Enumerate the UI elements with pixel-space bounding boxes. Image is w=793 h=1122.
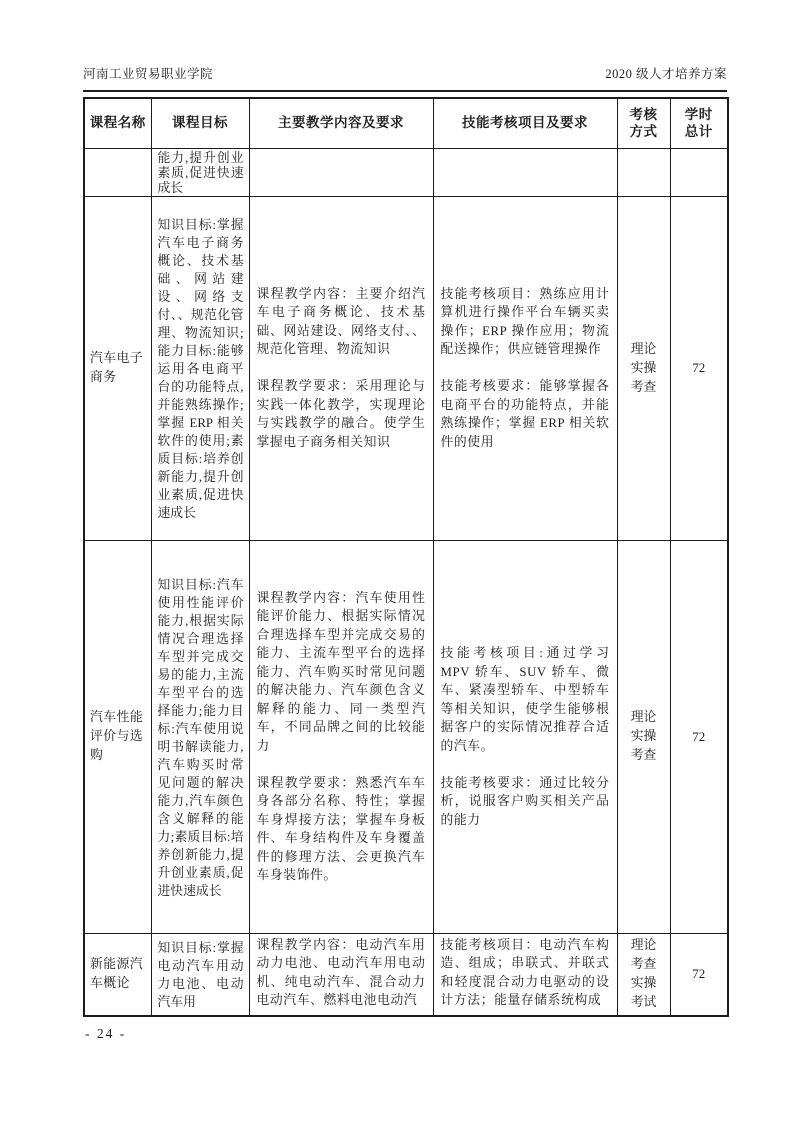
course-objective-cell: 知识目标:掌握电动汽车用动力电池、电动汽车用	[151, 933, 249, 1016]
column-header-assessment: 技能考核项目及要求	[433, 98, 617, 148]
assessment-method-cell	[617, 148, 670, 196]
header-divider-rule	[83, 90, 727, 92]
column-header-hours: 学时 总计	[670, 98, 728, 148]
table-row-auto-ecommerce: 汽车电子商务 知识目标:掌握汽车电子商务概论、技术基础、网站建设、网络支付、、规…	[84, 196, 728, 540]
course-objective-cell: 知识目标:汽车使用性能评价能力,根据实际情况合理选择车型并完成交易的能力,主流车…	[151, 540, 249, 933]
header-school-name: 河南工业贸易职业学院	[83, 64, 213, 82]
course-name-cell	[84, 148, 151, 196]
total-hours-cell: 72	[670, 933, 728, 1016]
assessment-method-cell: 理论 考查 实操 考试	[617, 933, 670, 1016]
total-hours-cell: 72	[670, 196, 728, 540]
table-row-continuation: 能力,提升创业素质,促进快速成长	[84, 148, 728, 196]
column-header-method: 考核 方式	[617, 98, 670, 148]
column-header-course: 课程名称	[84, 98, 151, 148]
table-row-new-energy: 新能源汽车概论 知识目标:掌握电动汽车用动力电池、电动汽车用 课程教学内容：电动…	[84, 933, 728, 1016]
skill-assessment-cell: 技能考核项目：电动汽车构造、组成；串联式、并联式和轻度混合动力电驱动的设计方法；…	[433, 933, 617, 1016]
table-row-auto-performance: 汽车性能评价与选购 知识目标:汽车使用性能评价能力,根据实际情况合理选择车型并完…	[84, 540, 728, 933]
column-header-content: 主要教学内容及要求	[249, 98, 433, 148]
course-objective-cell: 知识目标:掌握汽车电子商务概论、技术基础、网站建设、网络支付、、规范化管理、物流…	[151, 196, 249, 540]
page-header: 河南工业贸易职业学院 2020 级人才培养方案	[83, 64, 727, 82]
assessment-method-cell: 理论 实操 考查	[617, 540, 670, 933]
course-objective-cell: 能力,提升创业素质,促进快速成长	[151, 148, 249, 196]
document-page: 河南工业贸易职业学院 2020 级人才培养方案 课程名称 课程目标 主要教学内容…	[0, 0, 793, 1122]
teaching-content-cell: 课程教学内容：电动汽车用动力电池、电动汽车用电动机、纯电动汽车、混合动力电动汽车…	[249, 933, 433, 1016]
total-hours-cell: 72	[670, 540, 728, 933]
column-header-objective: 课程目标	[151, 98, 249, 148]
table-header-row: 课程名称 课程目标 主要教学内容及要求 技能考核项目及要求 考核 方式 学时 总…	[84, 98, 728, 148]
header-program-title: 2020 级人才培养方案	[605, 64, 727, 82]
page-number: - 24 -	[85, 1026, 126, 1042]
teaching-content-cell: 课程教学内容：汽车使用性能评价能力、根据实际情况合理选择车型并完成交易的能力、主…	[249, 540, 433, 933]
course-name-cell: 汽车性能评价与选购	[84, 540, 151, 933]
assessment-method-cell: 理论 实操 考查	[617, 196, 670, 540]
total-hours-cell	[670, 148, 728, 196]
skill-assessment-cell: 技能考核项目:通过学习 MPV 轿车、SUV 轿车、微车、紧凑型轿车、中型轿车等…	[433, 540, 617, 933]
teaching-content-cell	[249, 148, 433, 196]
skill-assessment-cell: 技能考核项目：熟练应用计算机进行操作平台车辆买卖操作；ERP 操作应用；物流配送…	[433, 196, 617, 540]
skill-assessment-cell	[433, 148, 617, 196]
teaching-content-cell: 课程教学内容：主要介绍汽车电子商务概论、技术基础、网站建设、网络支付、、规范化管…	[249, 196, 433, 540]
course-name-cell: 新能源汽车概论	[84, 933, 151, 1016]
course-name-cell: 汽车电子商务	[84, 196, 151, 540]
course-plan-table: 课程名称 课程目标 主要教学内容及要求 技能考核项目及要求 考核 方式 学时 总…	[83, 97, 729, 1017]
